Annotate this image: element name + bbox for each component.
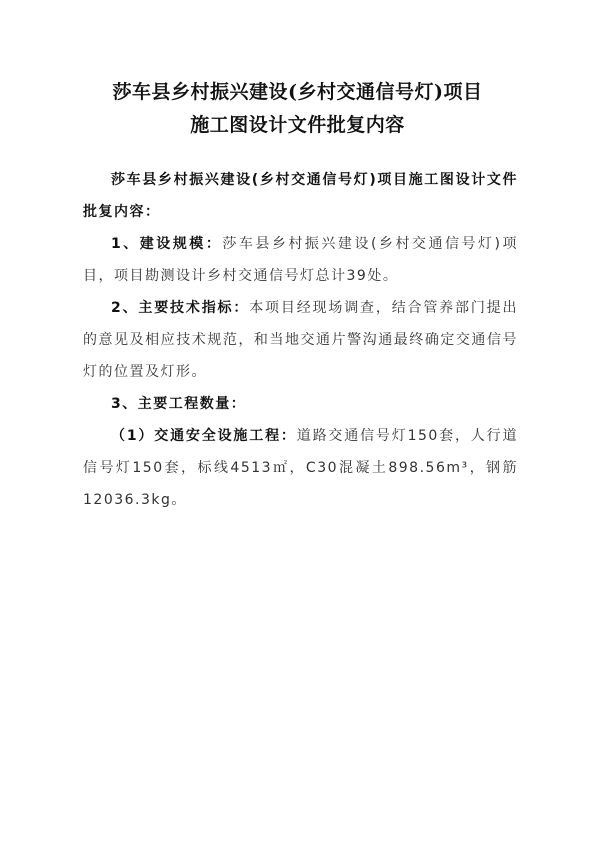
document-title-line2: 施工图设计文件批复内容	[0, 110, 595, 137]
document-body: 莎车县乡村振兴建设(乡村交通信号灯)项目施工图设计文件批复内容： 1、建设规模：…	[83, 164, 518, 516]
document-title-line1: 莎车县乡村振兴建设(乡村交通信号灯)项目	[0, 77, 595, 104]
section-heading: 3、主要工程数量：	[111, 396, 246, 412]
section-heading: 1、建设规模：	[111, 236, 222, 252]
intro-paragraph: 莎车县乡村振兴建设(乡村交通信号灯)项目施工图设计文件批复内容：	[83, 164, 518, 228]
section-heading: （1）交通安全设施工程：	[111, 428, 297, 444]
document-page: 莎车县乡村振兴建设(乡村交通信号灯)项目 施工图设计文件批复内容 莎车县乡村振兴…	[0, 0, 595, 841]
section-technical-indicators: 2、主要技术指标：本项目经现场调查，结合管养部门提出的意见及相应技术规范，和当地…	[83, 292, 518, 388]
section-construction-scale: 1、建设规模：莎车县乡村振兴建设(乡村交通信号灯)项目，项目勘测设计乡村交通信号…	[83, 228, 518, 292]
section-heading: 2、主要技术指标：	[111, 300, 249, 316]
section-traffic-safety-facilities: （1）交通安全设施工程：道路交通信号灯150套，人行道信号灯150套，标线451…	[83, 420, 518, 516]
section-main-quantities: 3、主要工程数量：	[83, 388, 518, 420]
